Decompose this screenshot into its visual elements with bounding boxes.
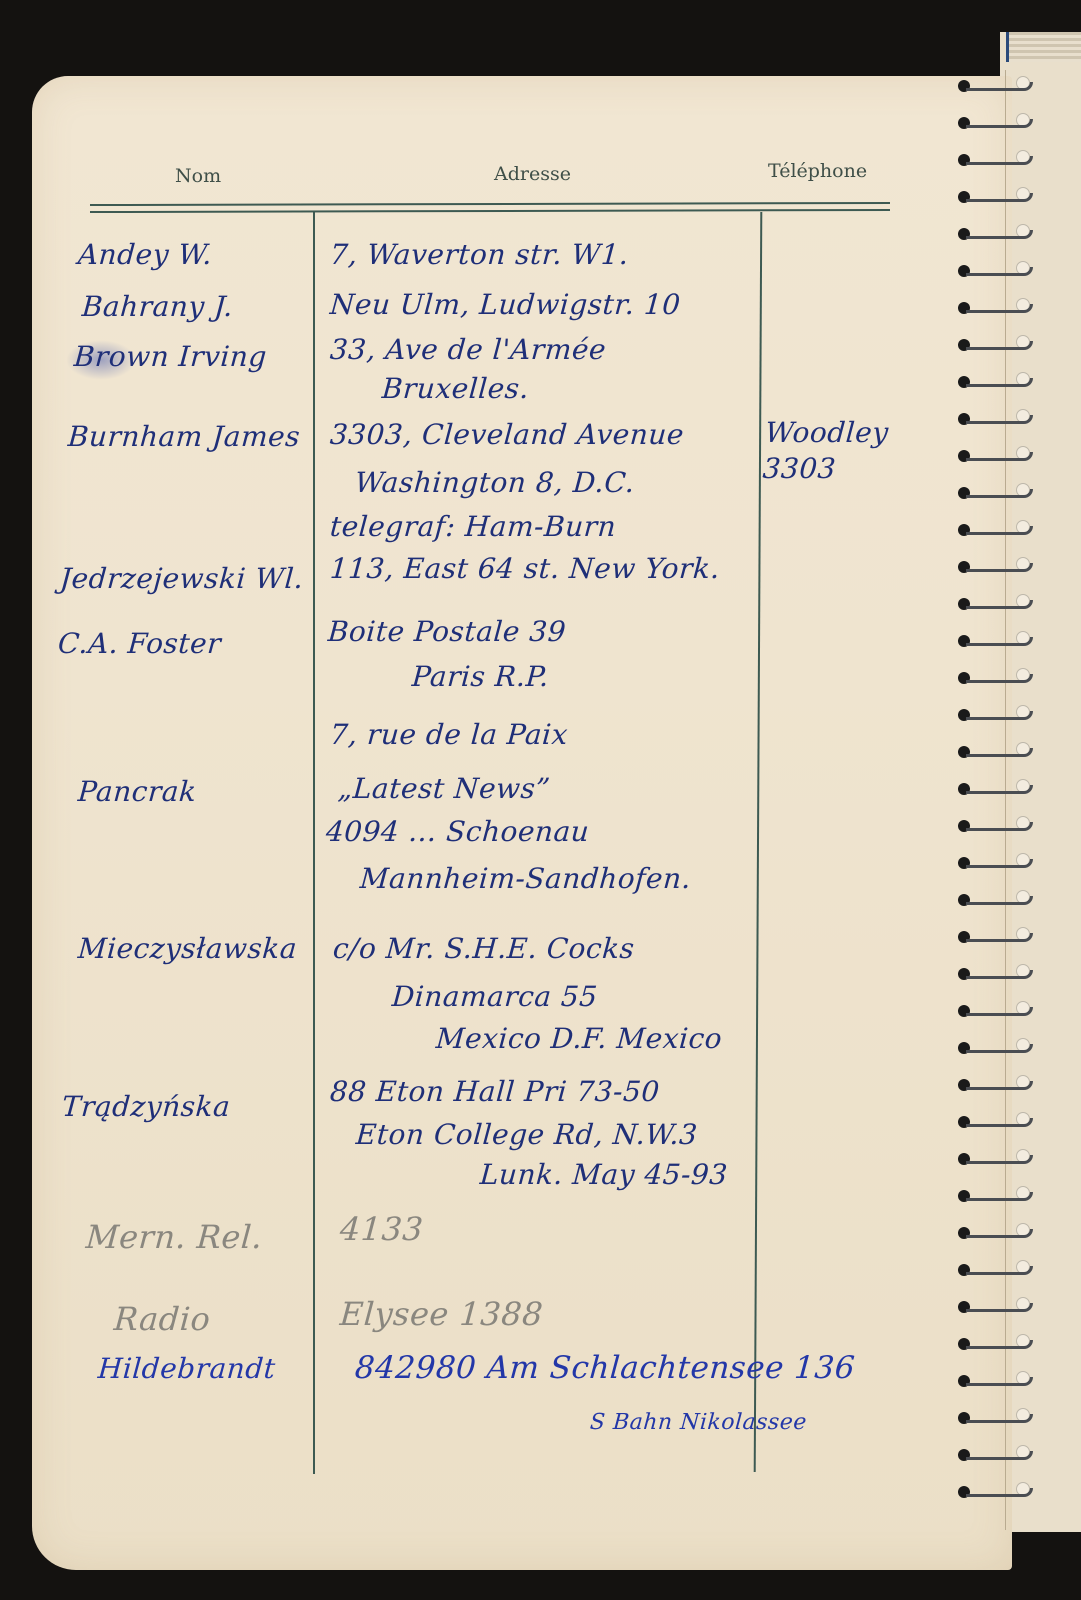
spiral-ring	[958, 1040, 1030, 1056]
entry-name: Jedrzejewski Wl.	[59, 562, 305, 595]
spiral-ring	[958, 1484, 1030, 1500]
column-divider-name-address	[313, 212, 315, 1474]
spiral-ring	[958, 1410, 1030, 1426]
entry-name: Burnham James	[67, 420, 301, 453]
entry-name: Andey W.	[77, 238, 214, 271]
entry-name: Pancrak	[77, 775, 198, 808]
entry-address-line: c/o Mr. S.H.E. Cocks	[332, 932, 636, 965]
entry-address-line: 7, Waverton str. W1.	[329, 238, 630, 271]
entry-name: Bahrany J.	[81, 290, 234, 323]
spiral-ring	[958, 781, 1030, 797]
spiral-ring	[958, 115, 1030, 131]
entry-address-line: 33, Ave de l'Armée	[329, 333, 607, 366]
spiral-ring	[958, 1299, 1030, 1315]
spiral-ring	[958, 744, 1030, 760]
spiral-ring	[958, 448, 1030, 464]
spiral-ring	[958, 929, 1030, 945]
spiral-ring	[958, 1114, 1030, 1130]
entry-address-line: Neu Ulm, Ludwigstr. 10	[329, 288, 682, 321]
entry-name: Trądzyńska	[61, 1090, 232, 1123]
spiral-ring	[958, 1151, 1030, 1167]
spiral-ring	[958, 1003, 1030, 1019]
spiral-ring	[958, 300, 1030, 316]
entry-name: Hildebrandt	[97, 1352, 277, 1385]
entry-address-line: 113, East 64 st. New York.	[329, 552, 721, 585]
spiral-ring	[958, 892, 1030, 908]
spiral-ring	[958, 411, 1030, 427]
spiral-ring	[958, 337, 1030, 353]
entry-address-line: Lunk. May 45-93	[479, 1158, 729, 1191]
spiral-ring	[958, 1225, 1030, 1241]
spiral-ring	[958, 485, 1030, 501]
entry-address-line: 4094 ... Schoenau	[325, 815, 591, 848]
spiral-ring	[958, 78, 1030, 94]
entry-name: Mieczysławska	[77, 932, 298, 965]
entry-address-line: „Latest News”	[337, 772, 552, 805]
column-header-adresse: Adresse	[494, 163, 571, 185]
spiral-ring	[958, 1077, 1030, 1093]
spiral-ring	[958, 1188, 1030, 1204]
entry-address-line: Mannheim-Sandhofen.	[359, 862, 692, 895]
entry-address-line: Dinamarca 55	[391, 980, 599, 1013]
spiral-ring	[958, 596, 1030, 612]
entry-address-line: Bruxelles.	[381, 372, 530, 405]
entry-address-line: 3303, Cleveland Avenue	[329, 418, 685, 451]
entry-name: Radio	[113, 1300, 212, 1338]
spiral-ring	[958, 226, 1030, 242]
spiral-ring	[958, 374, 1030, 390]
spiral-ring	[958, 522, 1030, 538]
spiral-ring	[958, 1373, 1030, 1389]
spiral-ring	[958, 966, 1030, 982]
spiral-ring	[958, 189, 1030, 205]
entry-name: Mern. Rel.	[85, 1218, 264, 1256]
spiral-ring	[958, 1447, 1030, 1463]
spiral-ring	[958, 1262, 1030, 1278]
entry-address-line: 7, rue de la Paix	[329, 718, 569, 751]
entry-name: Brown Irving	[73, 340, 268, 373]
spiral-ring	[958, 670, 1030, 686]
spiral-ring	[958, 559, 1030, 575]
entry-address-line: Paris R.P.	[411, 660, 550, 693]
spiral-ring	[958, 152, 1030, 168]
entry-phone: Woodley 3303	[761, 415, 886, 487]
entry-address-line: Eton College Rd, N.W.3	[355, 1118, 699, 1151]
column-header-telephone: Téléphone	[768, 160, 867, 182]
spiral-ring	[958, 855, 1030, 871]
entry-address-line: Mexico D.F. Mexico	[435, 1022, 723, 1055]
column-header-nom: Nom	[175, 165, 221, 187]
entry-address-line: 4133	[339, 1210, 425, 1248]
spiral-ring	[958, 1336, 1030, 1352]
spiral-ring	[958, 707, 1030, 723]
spiral-ring	[958, 633, 1030, 649]
entry-address-line: Washington 8, D.C.	[354, 466, 636, 499]
entry-address-line: Boite Postale 39	[327, 615, 567, 648]
entry-address-line: S Bahn Nikolassee	[589, 1410, 808, 1435]
entry-address-line: 842980 Am Schlachtensee 136	[354, 1350, 857, 1386]
spiral-ring	[958, 818, 1030, 834]
entry-address-line: 88 Eton Hall Pri 73-50	[329, 1075, 661, 1108]
entry-name: C.A. Foster	[57, 627, 222, 660]
spiral-ring	[958, 263, 1030, 279]
page-stack-edge	[1006, 32, 1081, 62]
entry-address-line: telegraf: Ham-Burn	[329, 510, 618, 543]
entry-address-line: Elysee 1388	[339, 1295, 545, 1333]
